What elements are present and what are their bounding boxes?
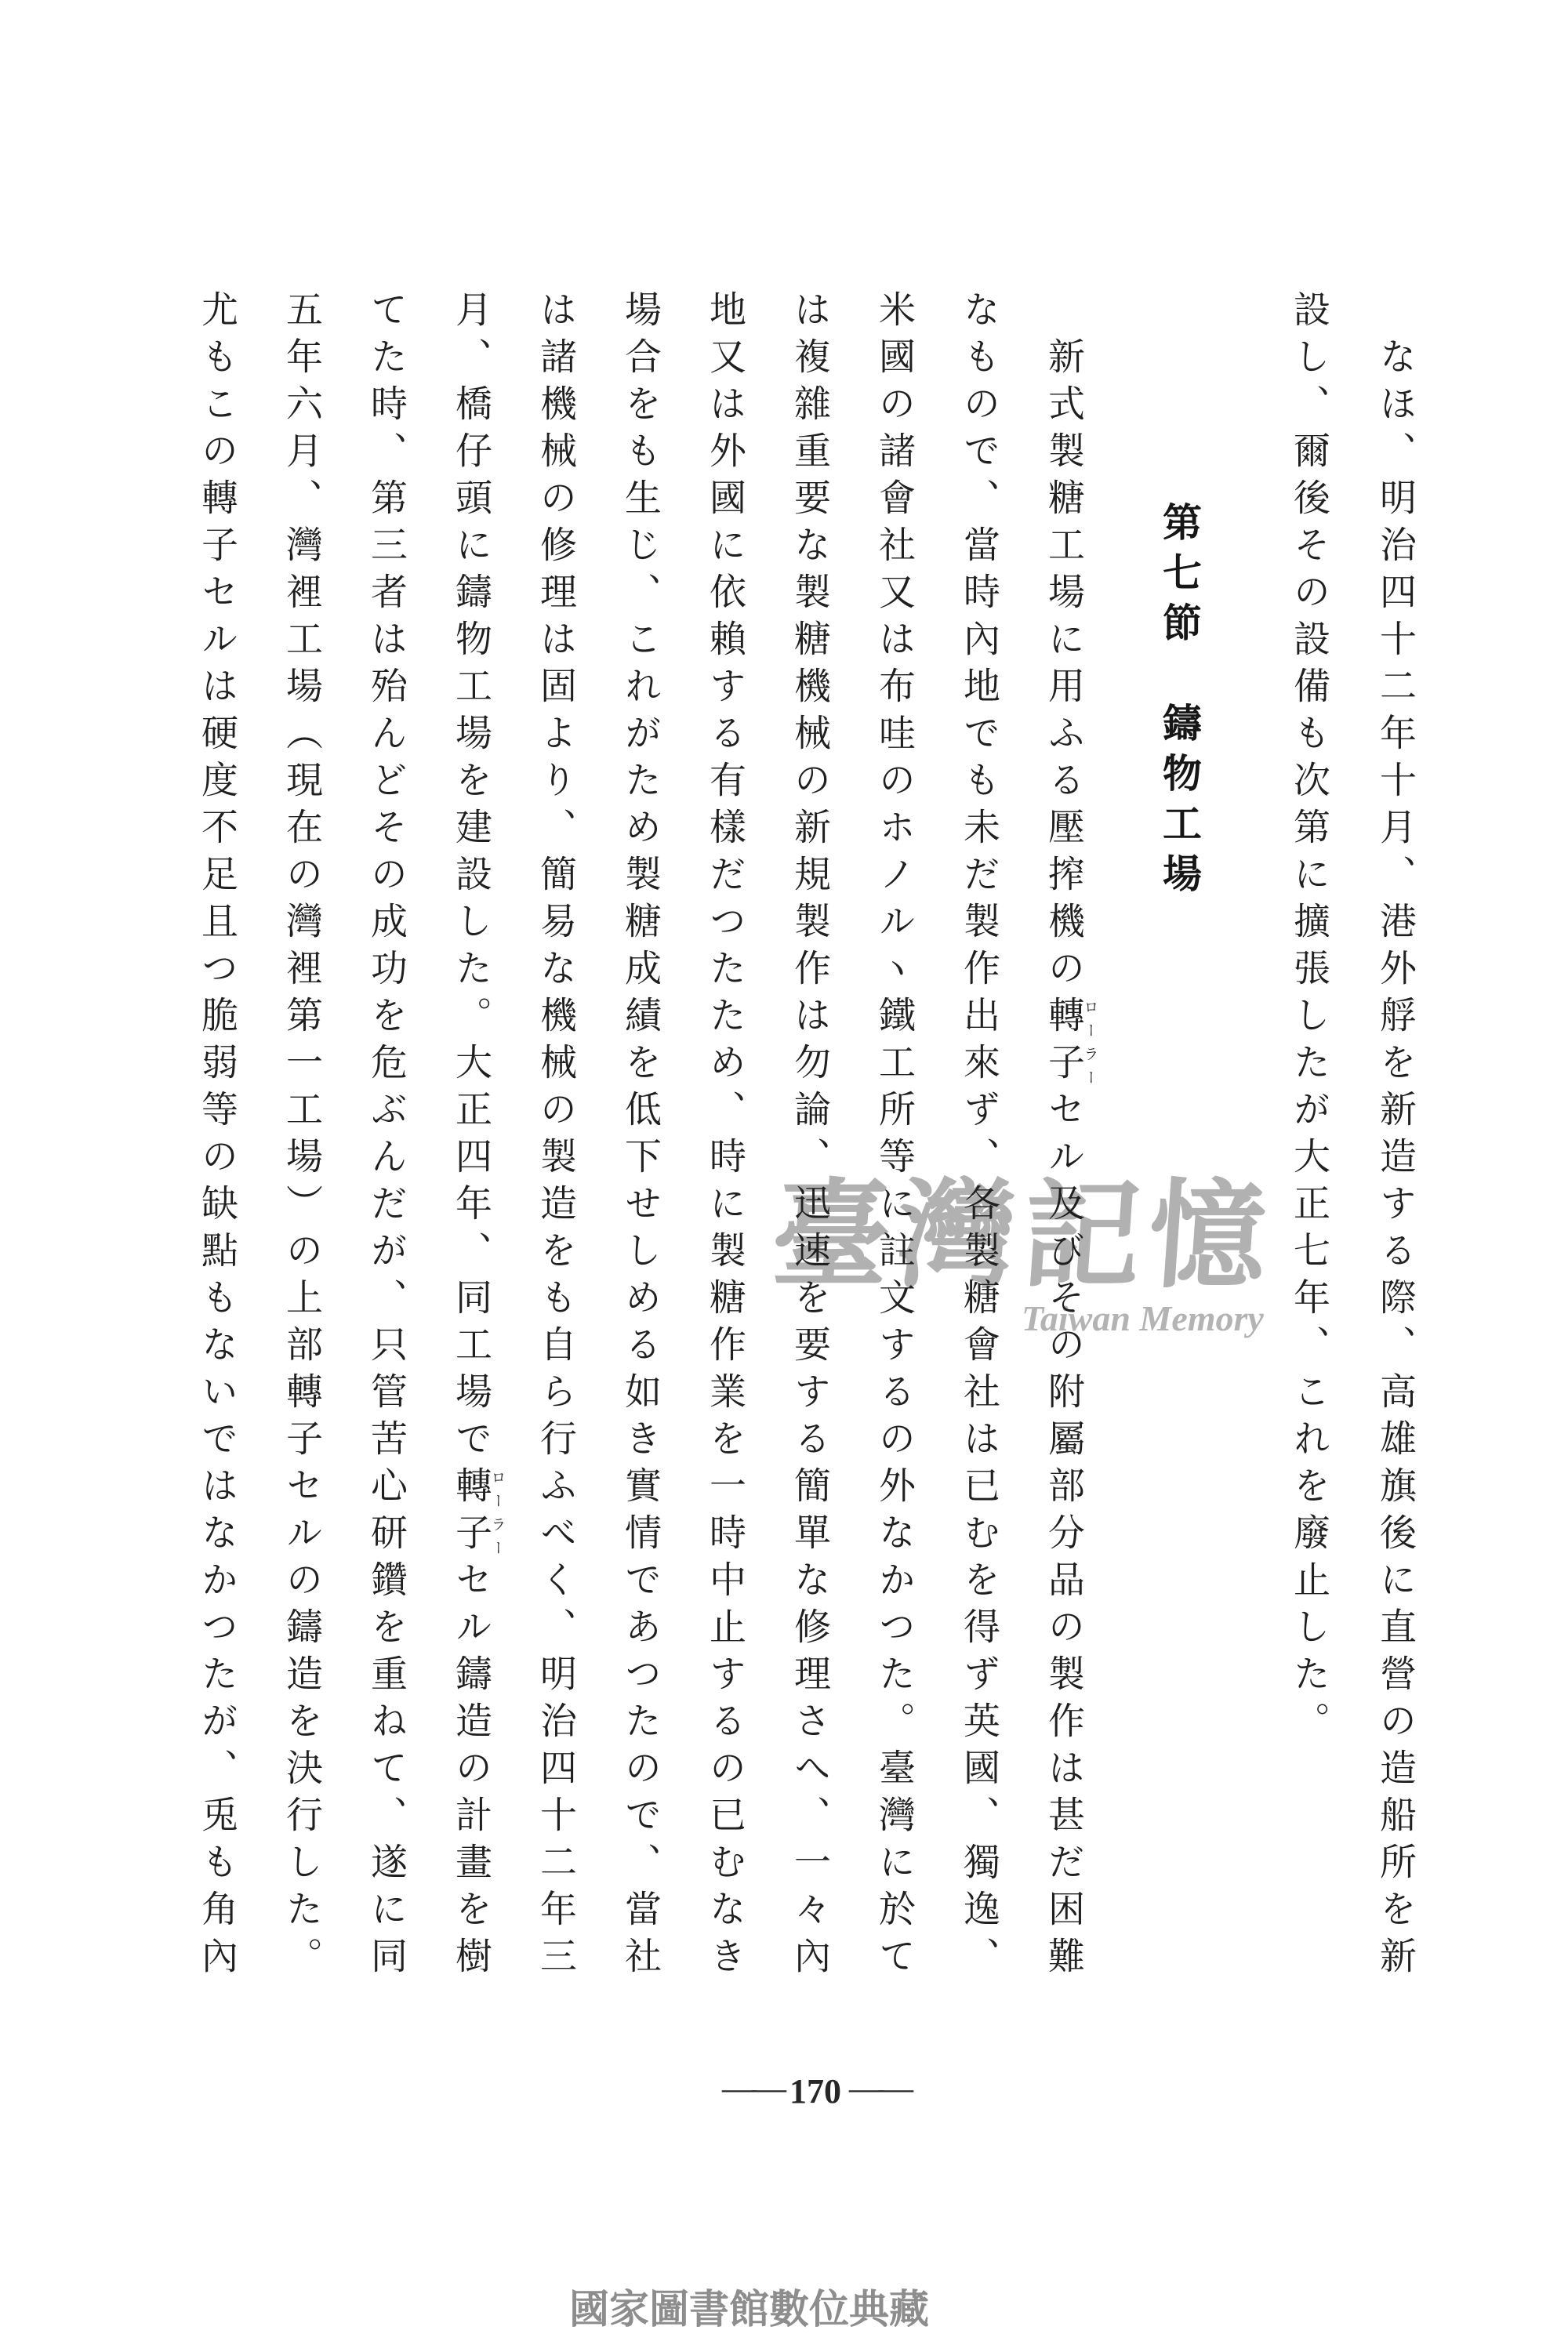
section-heading: 第七節 鑄物工場 [1154,502,1204,903]
text-column-2: 設し、爾後その設備も次第に擴張したが大正七年、これを廢止した。 [1286,290,1331,1748]
text-column-5: なもので、當時內地でも未だ製作出來ず、各製糖會社は已むを得ず英國、獨逸、 [956,290,1001,1984]
folio-left-dash: —— [722,2071,782,2106]
ruby-annotated-word: 轉子ローラー [1043,996,1083,1090]
text-column-4: 新式製糖工場に用ふる壓搾機の轉子ローラーセル及びその附屬部分品の製作は甚だ困難 [1040,337,1098,1984]
text-column-1: なほ、明治四十二年十月、港外艀を新造する際、高雄旗後に直營の造船所を新 [1372,337,1417,1984]
text-column-11: 月、橋仔頭に鑄物工場を建設した。大正四年、同工場で轉子ローラーセル鑄造の計畫を樹 [448,290,505,1984]
text-column-7: は複雜重要な製糖機械の新規製作は勿論、迅速を要する簡單な修理さへ、一々內 [786,290,832,1984]
text-column-10: は諸機械の修理は固より、簡易な機械の製造をも自ら行ふべく、明治四十二年三 [532,290,578,1984]
ruby-annotated-word: 轉子ローラー [450,1466,491,1560]
folio-right-dash: —— [849,2071,909,2106]
text-column-8: 地又は外國に依賴する有樣だつたため、時に製糖作業を一時中止するの已むなき [702,290,747,1984]
taiwan-memory-watermark-cjk: 臺灣記憶 [768,1174,1278,1300]
text-column-14: 尤もこの轉子セルは硬度不足且つ脆弱等の缺點もないではなかつたが、兎も角內 [194,290,239,1984]
text-column-6: 米國の諸會社又は布哇のホノルヽ鐵工所等に註文するの外なかつた。臺灣に於て [871,290,916,1984]
text-column-13: 五年六月、灣裡工場（現在の灣裡第一工場）の上部轉子セルの鑄造を決行した。 [278,290,324,1984]
page-footer-folio: —— 170 —— [725,2068,906,2115]
library-caption: 國家圖書館數位典藏 [569,2288,929,2333]
text-column-12: てた時、第三者は殆んどその成功を危ぶんだが、只管苦心研鑽を重ねて、遂に同 [363,290,408,1984]
text-column-9: 場合をも生じ、これがため製糖成績を低下せしめる如き實情であつたので、當社 [617,290,662,1984]
page-number: 170 [789,2074,841,2109]
scanned-book-page: 臺灣記憶 Taiwan Memory なほ、明治四十二年十月、港外艀を新造する際… [0,0,1568,2352]
